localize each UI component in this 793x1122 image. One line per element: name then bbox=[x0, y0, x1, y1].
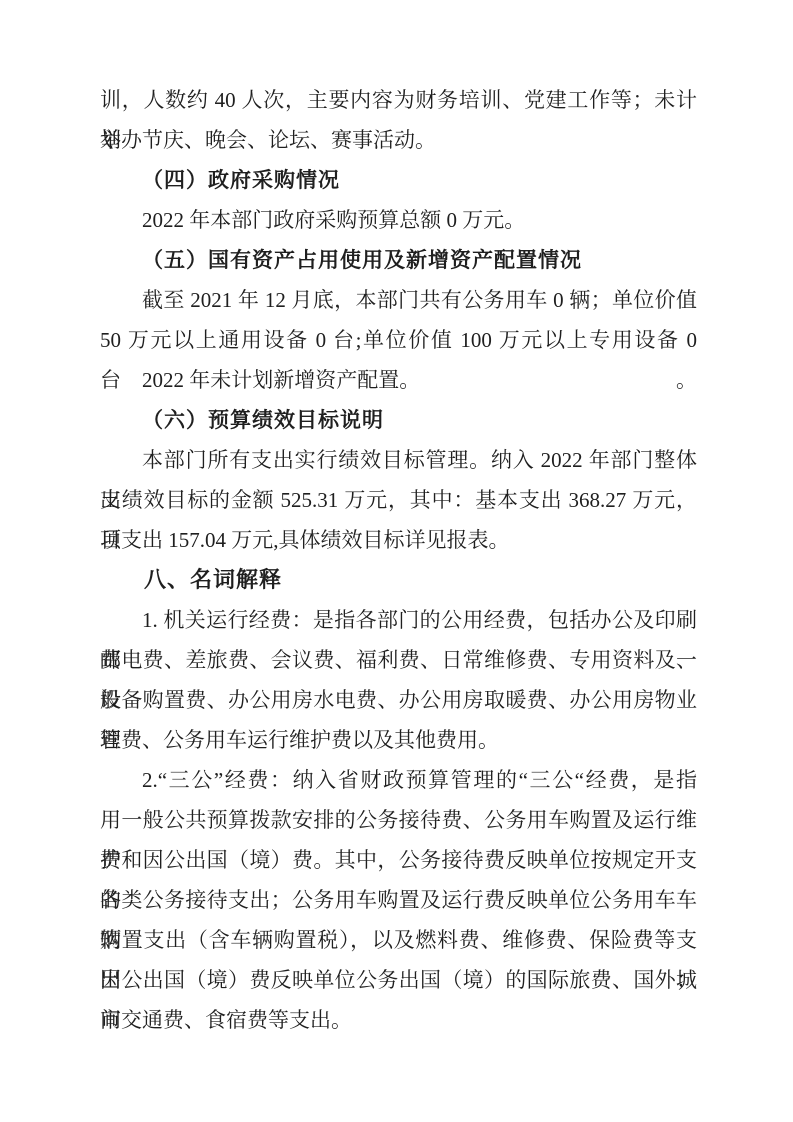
line-text: （五）国有资产占用使用及新增资产配置情况 bbox=[142, 248, 582, 272]
text-line: 购置支出（含车辆购置税），以及燃料费、维修费、保险费等支出； bbox=[100, 920, 697, 960]
text-line: 目支出 157.04 万元,具体绩效目标详见报表。 bbox=[100, 520, 697, 560]
text-line: 1. 机关运行经费：是指各部门的公用经费，包括办公及印刷费、 bbox=[100, 600, 697, 640]
text-line: 训，人数约 40 人次，主要内容为财务培训、党建工作等；未计划 bbox=[100, 80, 697, 120]
section-heading: （六）预算绩效目标说明 bbox=[100, 400, 697, 440]
line-text: 举办节庆、晚会、论坛、赛事活动。 bbox=[100, 128, 436, 152]
document-body: 训，人数约 40 人次，主要内容为财务培训、党建工作等；未计划举办节庆、晚会、论… bbox=[100, 80, 697, 1040]
line-text: 理费、公务用车运行维护费以及其他费用。 bbox=[100, 728, 499, 752]
line-text: 2022 年未计划新增资产配置。 bbox=[142, 368, 420, 392]
text-line: 用一般公共预算拨款安排的公务接待费、公务用车购置及运行维护 bbox=[100, 800, 697, 840]
line-text: 八、名词解释 bbox=[144, 567, 282, 592]
line-text: （六）预算绩效目标说明 bbox=[142, 408, 384, 432]
line-text: 2.“三公”经费：纳入省财政预算管理的“三公“经费，是指 bbox=[142, 768, 697, 792]
line-text: 间交通费、食宿费等支出。 bbox=[100, 1008, 352, 1032]
section-heading: 八、名词解释 bbox=[100, 560, 697, 600]
text-line: 设备购置费、办公用房水电费、办公用房取暖费、办公用房物业管 bbox=[100, 680, 697, 720]
line-text: 截至 2021 年 12 月底，本部门共有公务用车 0 辆；单位价值 bbox=[142, 288, 697, 312]
text-line: 截至 2021 年 12 月底，本部门共有公务用车 0 辆；单位价值 bbox=[100, 280, 697, 320]
document-page: 训，人数约 40 人次，主要内容为财务培训、党建工作等；未计划举办节庆、晚会、论… bbox=[0, 0, 793, 1122]
text-line: 50 万元以上通用设备 0 台;单位价值 100 万元以上专用设备 0 台。 bbox=[100, 320, 697, 360]
text-line: 本部门所有支出实行绩效目标管理。纳入 2022 年部门整体支 bbox=[100, 440, 697, 480]
text-line: 2022 年本部门政府采购预算总额 0 万元。 bbox=[100, 200, 697, 240]
text-line: 费和因公出国（境）费。其中，公务接待费反映单位按规定开支的 bbox=[100, 840, 697, 880]
text-line: 各类公务接待支出；公务用车购置及运行费反映单位公务用车车辆 bbox=[100, 880, 697, 920]
line-text: 2022 年本部门政府采购预算总额 0 万元。 bbox=[142, 208, 525, 232]
text-line: 邮电费、差旅费、会议费、福利费、日常维修费、专用资料及一般 bbox=[100, 640, 697, 680]
text-line: 出绩效目标的金额 525.31 万元，其中：基本支出 368.27 万元，项 bbox=[100, 480, 697, 520]
section-heading: （四）政府采购情况 bbox=[100, 160, 697, 200]
section-heading: （五）国有资产占用使用及新增资产配置情况 bbox=[100, 240, 697, 280]
text-line: 间交通费、食宿费等支出。 bbox=[100, 1000, 697, 1040]
text-line: 因公出国（境）费反映单位公务出国（境）的国际旅费、国外城市 bbox=[100, 960, 697, 1000]
line-text: 目支出 157.04 万元,具体绩效目标详见报表。 bbox=[100, 528, 510, 552]
text-line: 举办节庆、晚会、论坛、赛事活动。 bbox=[100, 120, 697, 160]
text-line: 理费、公务用车运行维护费以及其他费用。 bbox=[100, 720, 697, 760]
text-line: 2.“三公”经费：纳入省财政预算管理的“三公“经费，是指 bbox=[100, 760, 697, 800]
line-text: （四）政府采购情况 bbox=[142, 168, 340, 192]
